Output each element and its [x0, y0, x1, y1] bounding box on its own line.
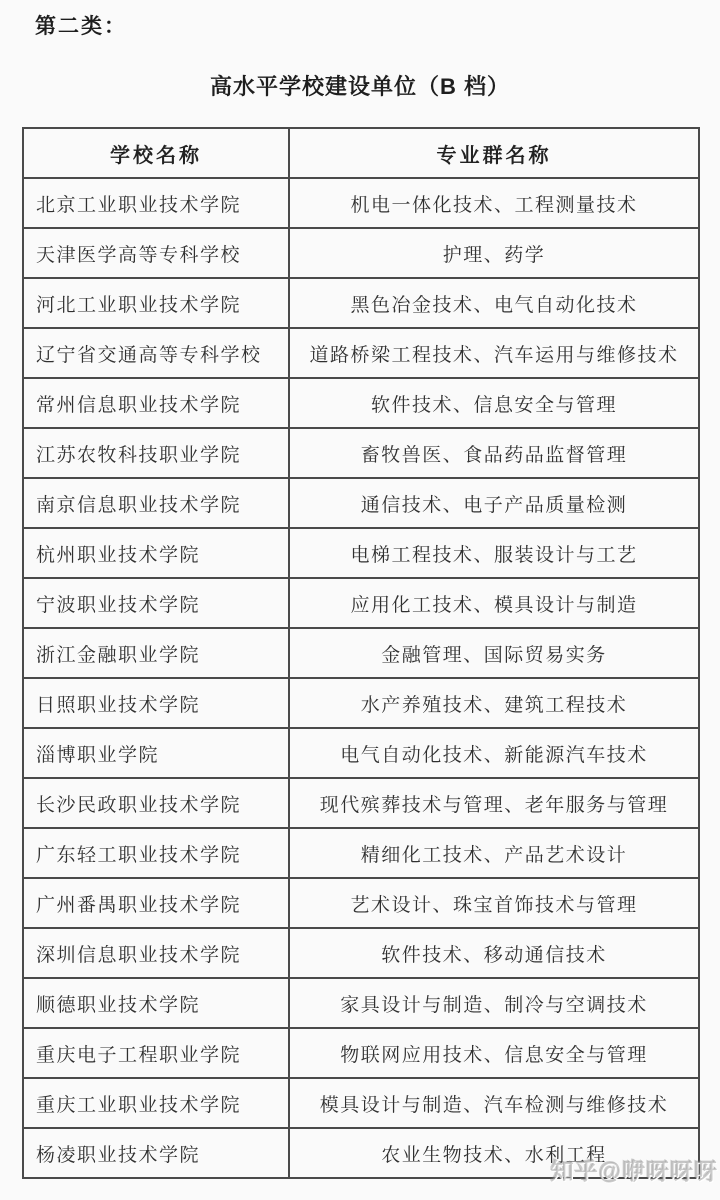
- table-row: 天津医学高等专科学校 护理、药学: [23, 228, 699, 278]
- school-cell: 辽宁省交通高等专科学校: [23, 328, 289, 378]
- table-row: 日照职业技术学院 水产养殖技术、建筑工程技术: [23, 678, 699, 728]
- table-row: 重庆工业职业技术学院 模具设计与制造、汽车检测与维修技术: [23, 1078, 699, 1128]
- table-row: 淄博职业学院 电气自动化技术、新能源汽车技术: [23, 728, 699, 778]
- school-cell: 浙江金融职业学院: [23, 628, 289, 678]
- table-row: 河北工业职业技术学院 黑色冶金技术、电气自动化技术: [23, 278, 699, 328]
- group-cell: 模具设计与制造、汽车检测与维修技术: [289, 1078, 699, 1128]
- school-cell: 顺德职业技术学院: [23, 978, 289, 1028]
- school-cell: 宁波职业技术学院: [23, 578, 289, 628]
- school-cell: 南京信息职业技术学院: [23, 478, 289, 528]
- header-school-name: 学校名称: [23, 128, 289, 178]
- table-row: 深圳信息职业技术学院 软件技术、移动通信技术: [23, 928, 699, 978]
- group-cell: 农业生物技术、水利工程: [289, 1128, 699, 1178]
- table-row: 杭州职业技术学院 电梯工程技术、服装设计与工艺: [23, 528, 699, 578]
- school-cell: 河北工业职业技术学院: [23, 278, 289, 328]
- group-cell: 畜牧兽医、食品药品监督管理: [289, 428, 699, 478]
- group-cell: 黑色冶金技术、电气自动化技术: [289, 278, 699, 328]
- group-cell: 水产养殖技术、建筑工程技术: [289, 678, 699, 728]
- school-cell: 重庆电子工程职业学院: [23, 1028, 289, 1078]
- table-row: 杨凌职业技术学院 农业生物技术、水利工程: [23, 1128, 699, 1178]
- school-cell: 广东轻工职业技术学院: [23, 828, 289, 878]
- table-row: 江苏农牧科技职业学院 畜牧兽医、食品药品监督管理: [23, 428, 699, 478]
- school-cell: 重庆工业职业技术学院: [23, 1078, 289, 1128]
- page-title: 高水平学校建设单位（B 档）: [0, 70, 720, 101]
- table-row: 广州番禺职业技术学院 艺术设计、珠宝首饰技术与管理: [23, 878, 699, 928]
- school-cell: 天津医学高等专科学校: [23, 228, 289, 278]
- group-cell: 精细化工技术、产品艺术设计: [289, 828, 699, 878]
- school-cell: 北京工业职业技术学院: [23, 178, 289, 228]
- group-cell: 家具设计与制造、制冷与空调技术: [289, 978, 699, 1028]
- school-cell: 广州番禺职业技术学院: [23, 878, 289, 928]
- document-page: 第二类： 高水平学校建设单位（B 档） 学校名称 专业群名称 北京工业职业技术学…: [0, 0, 720, 1200]
- group-cell: 物联网应用技术、信息安全与管理: [289, 1028, 699, 1078]
- group-cell: 机电一体化技术、工程测量技术: [289, 178, 699, 228]
- group-cell: 道路桥梁工程技术、汽车运用与维修技术: [289, 328, 699, 378]
- table-header-row: 学校名称 专业群名称: [23, 128, 699, 178]
- header-group-name: 专业群名称: [289, 128, 699, 178]
- category-label: 第二类：: [35, 10, 127, 40]
- table-row: 浙江金融职业学院 金融管理、国际贸易实务: [23, 628, 699, 678]
- group-cell: 软件技术、移动通信技术: [289, 928, 699, 978]
- table-row: 长沙民政职业技术学院 现代殡葬技术与管理、老年服务与管理: [23, 778, 699, 828]
- table-row: 顺德职业技术学院 家具设计与制造、制冷与空调技术: [23, 978, 699, 1028]
- school-cell: 深圳信息职业技术学院: [23, 928, 289, 978]
- group-cell: 软件技术、信息安全与管理: [289, 378, 699, 428]
- school-cell: 杨凌职业技术学院: [23, 1128, 289, 1178]
- table-row: 广东轻工职业技术学院 精细化工技术、产品艺术设计: [23, 828, 699, 878]
- group-cell: 金融管理、国际贸易实务: [289, 628, 699, 678]
- group-cell: 艺术设计、珠宝首饰技术与管理: [289, 878, 699, 928]
- school-cell: 杭州职业技术学院: [23, 528, 289, 578]
- school-table: 学校名称 专业群名称 北京工业职业技术学院 机电一体化技术、工程测量技术 天津医…: [22, 127, 700, 1179]
- group-cell: 电梯工程技术、服装设计与工艺: [289, 528, 699, 578]
- table-row: 宁波职业技术学院 应用化工技术、模具设计与制造: [23, 578, 699, 628]
- table-row: 辽宁省交通高等专科学校 道路桥梁工程技术、汽车运用与维修技术: [23, 328, 699, 378]
- group-cell: 电气自动化技术、新能源汽车技术: [289, 728, 699, 778]
- group-cell: 通信技术、电子产品质量检测: [289, 478, 699, 528]
- school-cell: 江苏农牧科技职业学院: [23, 428, 289, 478]
- school-cell: 常州信息职业技术学院: [23, 378, 289, 428]
- table-row: 北京工业职业技术学院 机电一体化技术、工程测量技术: [23, 178, 699, 228]
- group-cell: 应用化工技术、模具设计与制造: [289, 578, 699, 628]
- group-cell: 护理、药学: [289, 228, 699, 278]
- table-row: 重庆电子工程职业学院 物联网应用技术、信息安全与管理: [23, 1028, 699, 1078]
- table-row: 常州信息职业技术学院 软件技术、信息安全与管理: [23, 378, 699, 428]
- group-cell: 现代殡葬技术与管理、老年服务与管理: [289, 778, 699, 828]
- school-cell: 长沙民政职业技术学院: [23, 778, 289, 828]
- school-cell: 淄博职业学院: [23, 728, 289, 778]
- school-cell: 日照职业技术学院: [23, 678, 289, 728]
- table-row: 南京信息职业技术学院 通信技术、电子产品质量检测: [23, 478, 699, 528]
